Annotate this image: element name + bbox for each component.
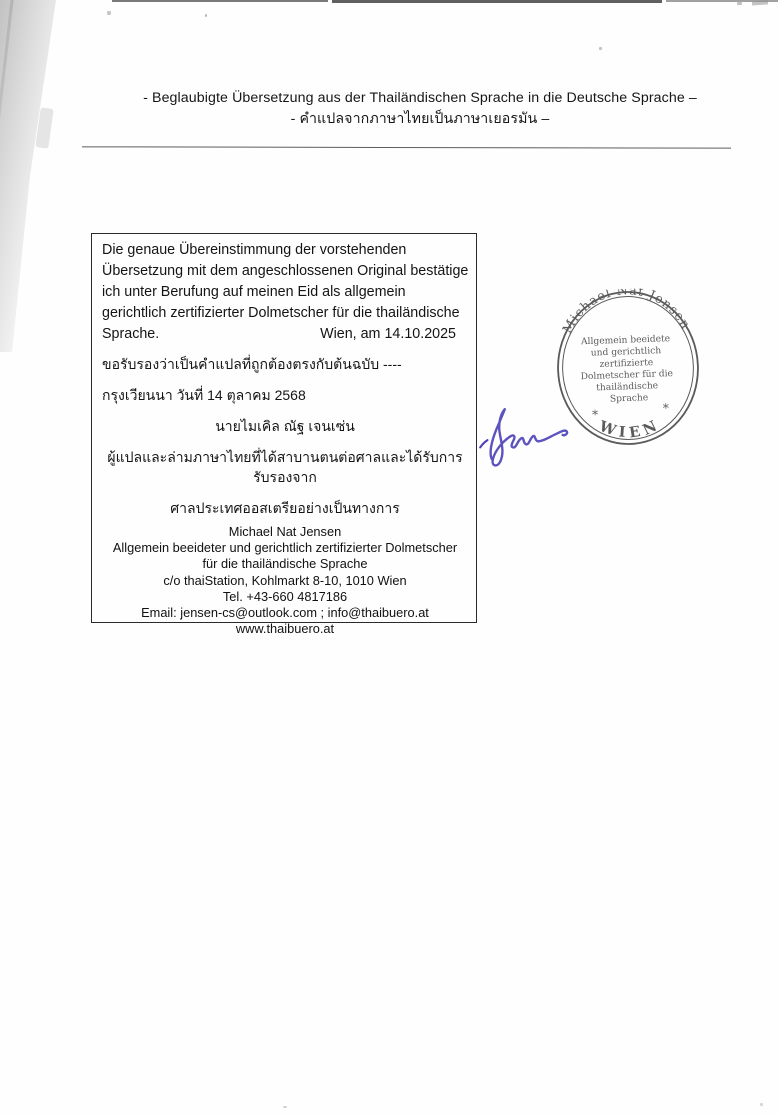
stamp-center-text: Allgemein beeidete und gerichtlich zerti… — [579, 334, 677, 406]
german-attestation-closing-row: Sprache. Wien, am 14.10.2025 — [102, 324, 468, 345]
thai-translator-role-line2: ศาลประเทศออสเตรียอย่างเป็นทางการ — [102, 498, 468, 518]
stamp-center-line: Sprache — [610, 393, 649, 404]
german-attestation-line: Die genaue Übereinstimmung der vorstehen… — [102, 240, 468, 261]
stamp-center-line: thailändische — [596, 381, 658, 393]
german-attestation-line: gerichtlich zertifizierter Dolmetscher f… — [102, 303, 468, 324]
header-title-german: - Beglaubigte Übersetzung aus der Thailä… — [95, 88, 745, 109]
contact-email: Email: jensen-cs@outlook.com ; info@thai… — [102, 605, 468, 621]
contact-title-line1: Allgemein beeideter und gerichtlich zert… — [102, 540, 468, 556]
stamp-center-line: Dolmetscher für die — [581, 369, 674, 382]
contact-phone: Tel. +43-660 4817186 — [102, 589, 468, 605]
contact-title-line2: für die thailändische Sprache — [102, 556, 468, 572]
svg-text:Michael Nat Jensen: Michael Nat Jensen — [558, 286, 695, 336]
header-divider-line — [82, 146, 731, 148]
stamp-asterisk-right: * — [663, 401, 670, 415]
contact-website: www.thaibuero.at — [102, 621, 468, 637]
handwritten-signature — [476, 402, 570, 472]
contact-address: c/o thaiStation, Kohlmarkt 8-10, 1010 Wi… — [102, 573, 468, 589]
scan-edge-artifact — [332, 0, 662, 3]
scan-speck — [283, 1106, 287, 1108]
signature-stroke — [480, 440, 487, 447]
scanned-document-page: - Beglaubigte Übersetzung aus der Thailä… — [0, 0, 778, 1115]
stamp-center-line: zertifizierte — [599, 358, 653, 370]
thai-place-date-line: กรุงเวียนนา วันที่ 14 ตุลาคม 2568 — [102, 385, 468, 405]
signature-stroke — [491, 409, 567, 465]
contact-name: Michael Nat Jensen — [102, 524, 468, 540]
scan-corner-mark — [752, 0, 768, 5]
scan-speck — [737, 2, 742, 5]
stamp-asterisk-left: * — [592, 408, 599, 422]
page-fold-shadow — [0, 0, 66, 352]
translator-contact-block: Michael Nat Jensen Allgemein beeideter u… — [102, 524, 468, 637]
document-header: - Beglaubigte Übersetzung aus der Thailä… — [95, 88, 745, 130]
official-round-stamp: Michael Nat Jensen Allgemein beeidete un… — [550, 286, 705, 449]
scan-speck — [760, 1103, 763, 1106]
german-attestation-closing-word: Sprache. — [102, 324, 159, 345]
thai-certification-line: ขอรับรองว่าเป็นคำแปลที่ถูกต้องตรงกับต้นฉ… — [102, 354, 468, 374]
scan-edge-artifact — [112, 0, 328, 2]
thai-translator-role-line1: ผู้แปลและล่ามภาษาไทยที่ได้สาบานตนต่อศาลแ… — [102, 447, 468, 487]
scan-speck — [205, 14, 207, 17]
german-attestation-line: ich unter Berufung auf meinen Eid als al… — [102, 282, 468, 303]
certification-box: Die genaue Übereinstimmung der vorstehen… — [91, 233, 477, 623]
stamp-arc-top-text: Michael Nat Jensen — [558, 286, 695, 336]
scan-speck — [599, 47, 602, 50]
german-attestation-line: Übersetzung mit dem angeschlossenen Orig… — [102, 261, 468, 282]
header-title-thai: - คำแปลจากภาษาไทยเป็นภาษาเยอรมัน – — [95, 109, 745, 130]
scan-speck — [107, 11, 111, 15]
thai-translator-name: นายไมเคิล ณัฐ เจนเซ่น — [102, 416, 468, 436]
place-and-date: Wien, am 14.10.2025 — [320, 324, 456, 345]
stamp-center-line: und gerichtlich — [591, 346, 662, 358]
